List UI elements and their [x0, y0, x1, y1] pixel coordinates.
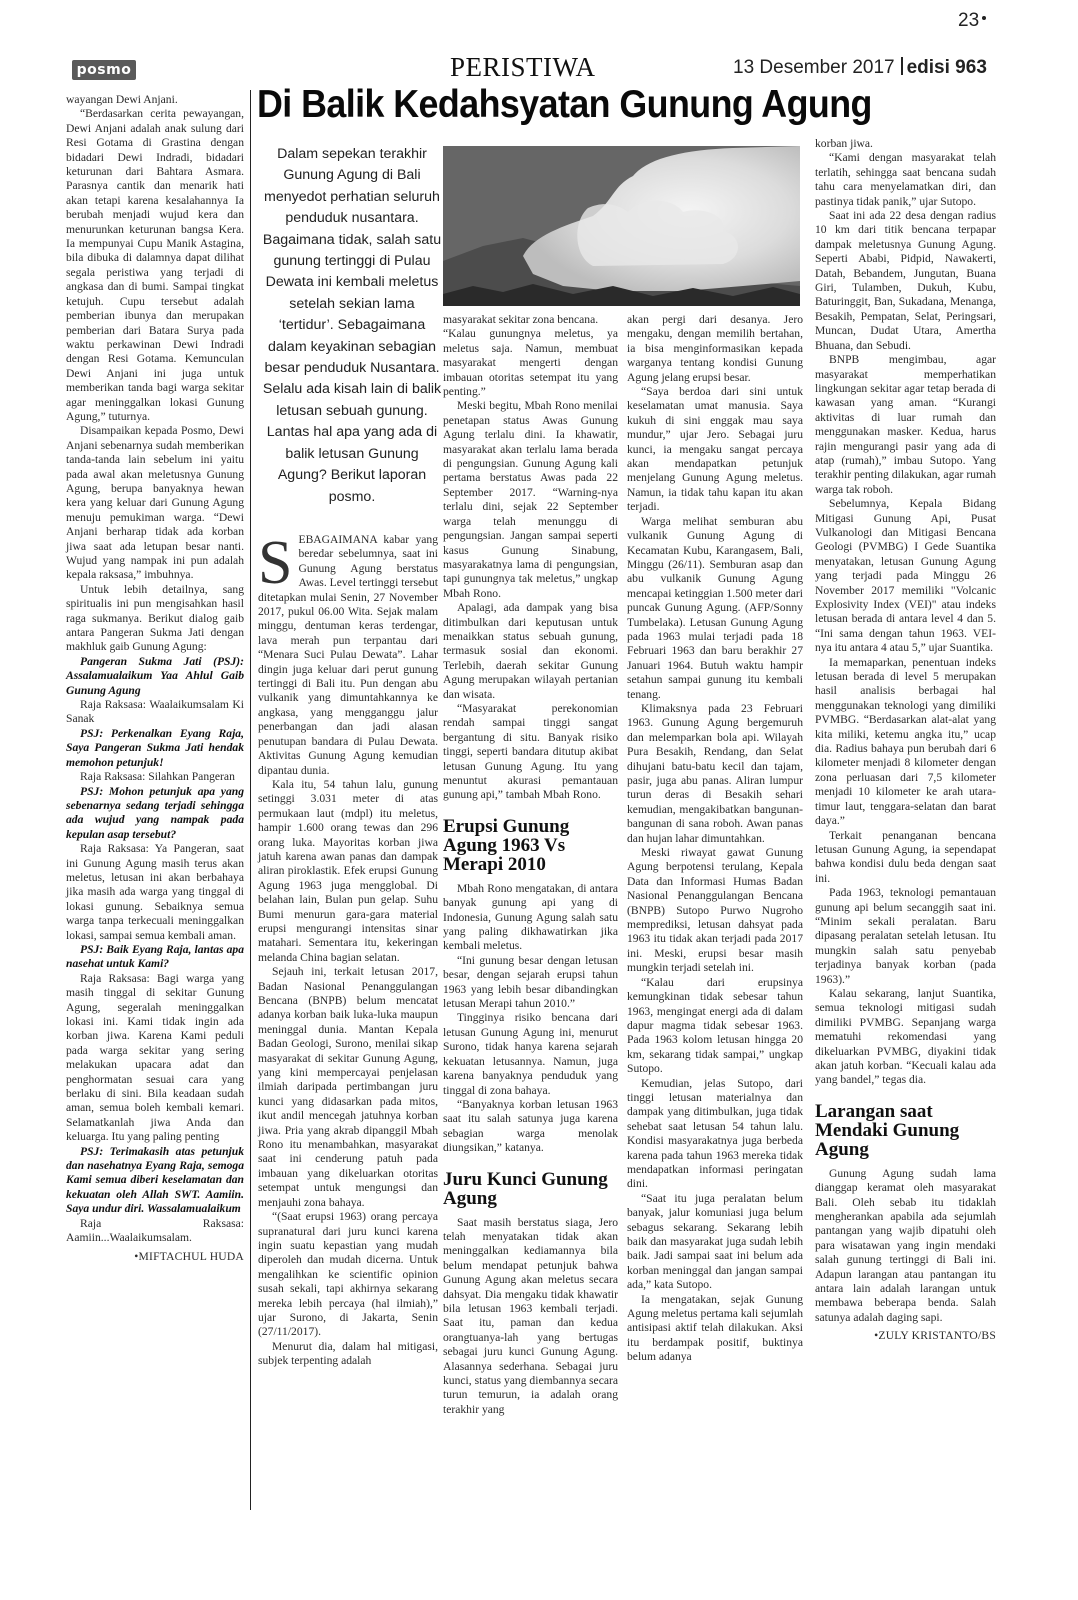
paragraph: Meski riwayat gawat Gunung Agung berpote… [627, 846, 803, 976]
subheading: Erupsi Gunung Agung 1963 Vs Merapi 2010 [443, 817, 618, 874]
paragraph: Klimaksnya pada 23 Februari 1963. Gunung… [627, 702, 803, 846]
edition-label: edisi 963 [907, 57, 987, 78]
paragraph: masyarakat sekitar zona bencana. [443, 313, 618, 327]
page-number: 23 [958, 10, 979, 32]
eruption-image-icon [443, 146, 800, 306]
dialog-line: PSJ: Terimakasih atas petunjuk dan naseh… [66, 1145, 244, 1217]
dialog-line: PSJ: Perkenalkan Eyang Raja, Saya Panger… [66, 727, 244, 770]
paragraph: Gunung Agung sudah lama dianggap keramat… [815, 1167, 996, 1325]
paragraph: Mbah Rono mengatakan, di antara banyak g… [443, 882, 618, 954]
paragraph: korban jiwa. [815, 137, 996, 151]
section-title: PERISTIWA [450, 52, 596, 83]
lead-paragraph: Dalam sepekan terakhir Gunung Agung di B… [262, 144, 442, 508]
paragraph: Kemudian, jelas Sutopo, dari tinggi letu… [627, 1077, 803, 1192]
dialog-line: PSJ: Baik Eyang Raja, lantas apa nasehat… [66, 943, 244, 972]
headline: Di Balik Kedahsyatan Gunung Agung [257, 83, 872, 127]
paragraph: “Ini gunung besar dengan letusan besar, … [443, 954, 618, 1012]
drop-cap: S [258, 537, 292, 589]
paragraph: Pada 1963, teknologi pemantauan gunung a… [815, 886, 996, 987]
paragraph: Saat masih berstatus siaga, Jero telah m… [443, 1216, 618, 1418]
volcano-eruption-photo [443, 146, 800, 306]
paragraph: wayangan Dewi Anjani. [66, 93, 244, 107]
paragraph: Terkait penanganan bencana letusan Gunun… [815, 829, 996, 887]
paragraph: “Kalau gunungnya meletus, ya meletus saj… [443, 327, 618, 399]
issue-date: 13 Desember 2017 [733, 57, 895, 78]
author-byline: •MIFTACHUL HUDA [66, 1250, 244, 1264]
paragraph: “Masyarakat perekonomian rendah sampai t… [443, 702, 618, 803]
paragraph: “Banyaknya korban letusan 1963 saat itu … [443, 1098, 618, 1156]
paragraph: “Kami dengan masyarakat telah terlatih, … [815, 151, 996, 209]
paragraph: Raja Raksasa: Ya Pangeran, saat ini Gunu… [66, 842, 244, 943]
paragraph: “Saya berdoa dari sini untuk keselamatan… [627, 385, 803, 515]
dialog-line: Pangeran Sukma Jati (PSJ): Assalamualaik… [66, 655, 244, 698]
paragraph: Kalau sekarang, lanjut Suantika, semua t… [815, 987, 996, 1088]
paragraph: Ia memaparkan, penentuan indeks letusan … [815, 656, 996, 829]
paragraph: Menurut dia, dalam hal mitigasi, subjek … [258, 1340, 438, 1369]
paragraph: “Saat itu juga peralatan belum banyak, j… [627, 1192, 803, 1293]
paragraph: “Berdasarkan cerita pewayangan, Dewi Anj… [66, 107, 244, 424]
dateline: 13 Desember 2017edisi 963 [733, 57, 987, 79]
paragraph: Ia mengatakan, sejak Gunung Agung meletu… [627, 1293, 803, 1365]
paragraph: Sejauh ini, terkait letusan 2017, Badan … [258, 965, 438, 1210]
paragraph: “(Saat erupsi 1963) orang percaya supran… [258, 1210, 438, 1340]
paragraph: Raja Raksasa: Aamiin...Waalaikumsalam. [66, 1217, 244, 1246]
left-story-column: wayangan Dewi Anjani.“Berdasarkan cerita… [66, 93, 244, 1264]
paragraph: Kala itu, 54 tahun lalu, gunung setinggi… [258, 778, 438, 965]
posmo-logo: posmo [72, 60, 136, 80]
main-story-column-2: masyarakat sekitar zona bencana.“Kalau g… [443, 313, 618, 1417]
main-story-column-3: akan pergi dari desanya. Jero mengaku, d… [627, 313, 803, 1365]
subheading: Juru Kunci Gunung Agung [443, 1170, 618, 1208]
paragraph: Raja Raksasa: Silahkan Pangeran [66, 770, 244, 784]
paragraph: Sebelumnya, Kepala Bidang Mitigasi Gunun… [815, 497, 996, 655]
paragraph: akan pergi dari desanya. Jero mengaku, d… [627, 313, 803, 385]
paragraph: “Kalau dari erupsinya kemungkinan tidak … [627, 976, 803, 1077]
paragraph: Meski begitu, Mbah Rono menilai penetapa… [443, 399, 618, 601]
paragraph: Apalagi, ada dampak yang bisa ditimbulka… [443, 601, 618, 702]
dialog-line: PSJ: Mohon petunjuk apa yang sebenarnya … [66, 785, 244, 843]
subheading: Larangan saat Mendaki Gunung Agung [815, 1102, 996, 1159]
paragraph: BNPB mengimbau, agar masyarakat memperha… [815, 353, 996, 497]
author-byline: •ZULY KRISTANTO/BS [815, 1329, 996, 1343]
main-story-column-1: SEBAGAIMANA kabar yang beredar sebelumny… [258, 533, 438, 1369]
paragraph: Raja Raksasa: Waalaikumsalam Ki Sanak [66, 698, 244, 727]
paragraph: Raja Raksasa: Bagi warga yang masih ting… [66, 972, 244, 1145]
column-divider [250, 90, 251, 1510]
paragraph: Tingginya risiko bencana dari letusan Gu… [443, 1011, 618, 1097]
paragraph: Untuk lebih detailnya, sang spiritualis … [66, 583, 244, 655]
paragraph: Disampaikan kepada Posmo, Dewi Anjani se… [66, 424, 244, 582]
paragraph: Warga melihat semburan abu vulkanik Gunu… [627, 515, 803, 702]
main-story-column-4: korban jiwa.“Kami dengan masyarakat tela… [815, 137, 996, 1344]
paragraph: Saat ini ada 22 desa dengan radius 10 km… [815, 209, 996, 353]
divider [901, 57, 903, 75]
bullet-icon [982, 16, 986, 20]
